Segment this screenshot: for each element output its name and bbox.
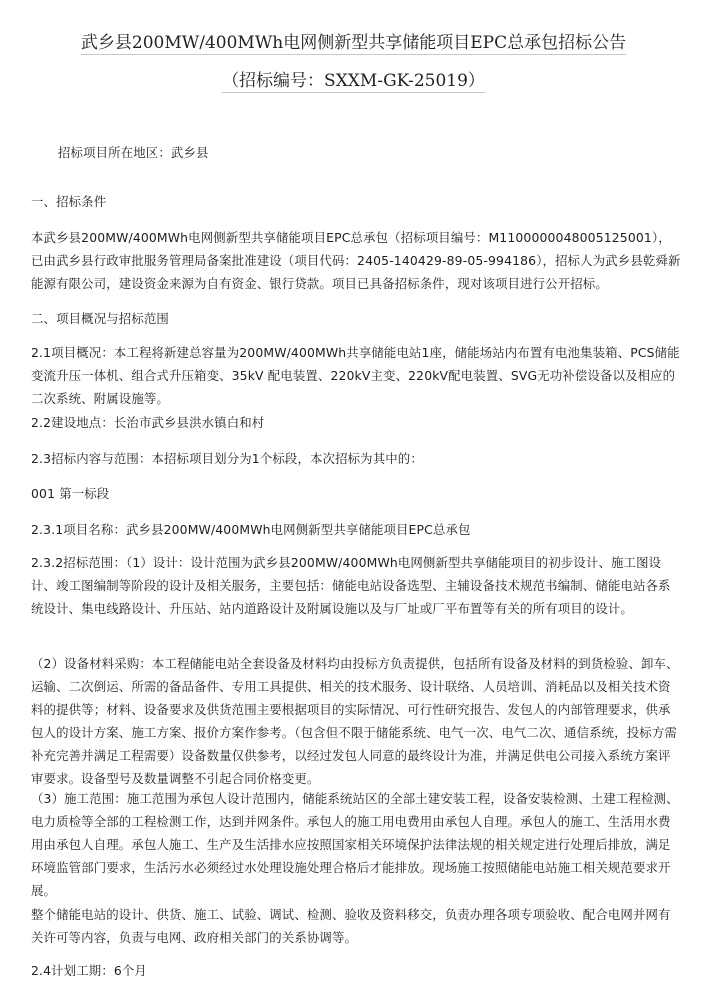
item-2-3-scope-intro: 2.3招标内容与范围：本招标项目划分为1个标段，本次招标为其中的： [31, 447, 681, 470]
section-1-body: 本武乡县200MW/400MWh电网侧新型共享储能项目EPC总承包（招标项目编号… [31, 226, 681, 295]
item-2-4-duration: 2.4计划工期：6个月 [31, 959, 681, 982]
construction-scope: （3）施工范围：施工范围为承包人设计范围内，储能系统站区的全部土建安装工程，设备… [31, 787, 681, 902]
item-2-1-overview: 2.1项目概况：本工程将新建总容量为200MW/400MWh共享储能电站1座，储… [31, 341, 681, 410]
tender-notice-page: 武乡县200MW/400MWh电网侧新型共享储能项目EPC总承包招标公告 （招标… [0, 0, 707, 987]
overall-responsibility: 整个储能电站的设计、供货、施工、试验、调试、检测、验收及资料移交，负责办理各项专… [31, 903, 681, 949]
section-1-heading: 一、招标条件 [31, 190, 681, 213]
page-title: 武乡县200MW/400MWh电网侧新型共享储能项目EPC总承包招标公告 [0, 28, 707, 53]
item-2-3-1-project-name: 2.3.1项目名称：武乡县200MW/400MWh电网侧新型共享储能项目EPC总… [31, 518, 681, 541]
tender-number-subtitle: （招标编号：SXXM-GK-25019） [0, 66, 707, 91]
procurement-scope: （2）设备材料采购：本工程储能电站全套设备及材料均由投标方负责提供，包括所有设备… [31, 652, 681, 790]
lot-label: 001 第一标段 [31, 482, 681, 505]
project-region: 招标项目所在地区：武乡县 [58, 141, 707, 164]
item-2-3-2-design-scope: 2.3.2招标范围：（1）设计：设计范围为武乡县200MW/400MWh电网侧新… [31, 551, 681, 620]
section-2-heading: 二、项目概况与招标范围 [31, 307, 681, 330]
item-2-2-location: 2.2建设地点：长治市武乡县洪水镇白和村 [31, 411, 681, 434]
